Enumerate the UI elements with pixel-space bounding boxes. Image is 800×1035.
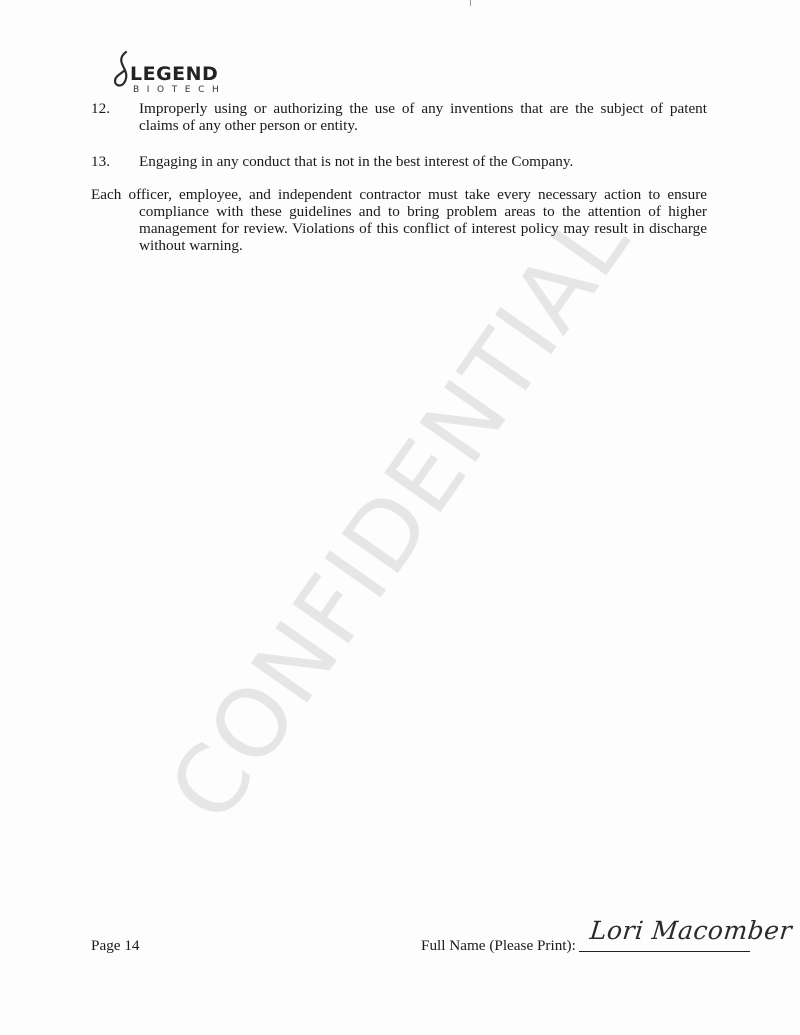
- company-logo: LEGEND BIOTECH: [108, 48, 238, 92]
- list-item-number: 12.: [91, 100, 110, 117]
- document-page: CONFIDENTIAL LEGEND BIOTECH 12. Improper…: [0, 0, 800, 1035]
- full-name-underline: [579, 951, 750, 952]
- scan-artifact-mark: [470, 0, 471, 6]
- logo-subtitle: BIOTECH: [133, 86, 226, 95]
- full-name-handwritten-value: Lori Macomber: [588, 916, 793, 945]
- list-item-text: Engaging in any conduct that is not in t…: [139, 153, 707, 170]
- list-item: 13. Engaging in any conduct that is not …: [91, 153, 707, 170]
- list-item-text: Improperly using or authorizing the use …: [139, 100, 707, 134]
- logo-wordmark: LEGEND: [130, 65, 218, 84]
- list-item: 12. Improperly using or authorizing the …: [91, 100, 707, 134]
- list-item-number: 13.: [91, 153, 110, 170]
- closing-paragraph: Each officer, employee, and independent …: [91, 186, 707, 254]
- closing-paragraph-text: Each officer, employee, and independent …: [91, 186, 707, 254]
- confidential-watermark: CONFIDENTIAL: [149, 189, 651, 841]
- full-name-label: Full Name (Please Print):: [421, 937, 576, 954]
- page-number: Page 14: [91, 937, 140, 954]
